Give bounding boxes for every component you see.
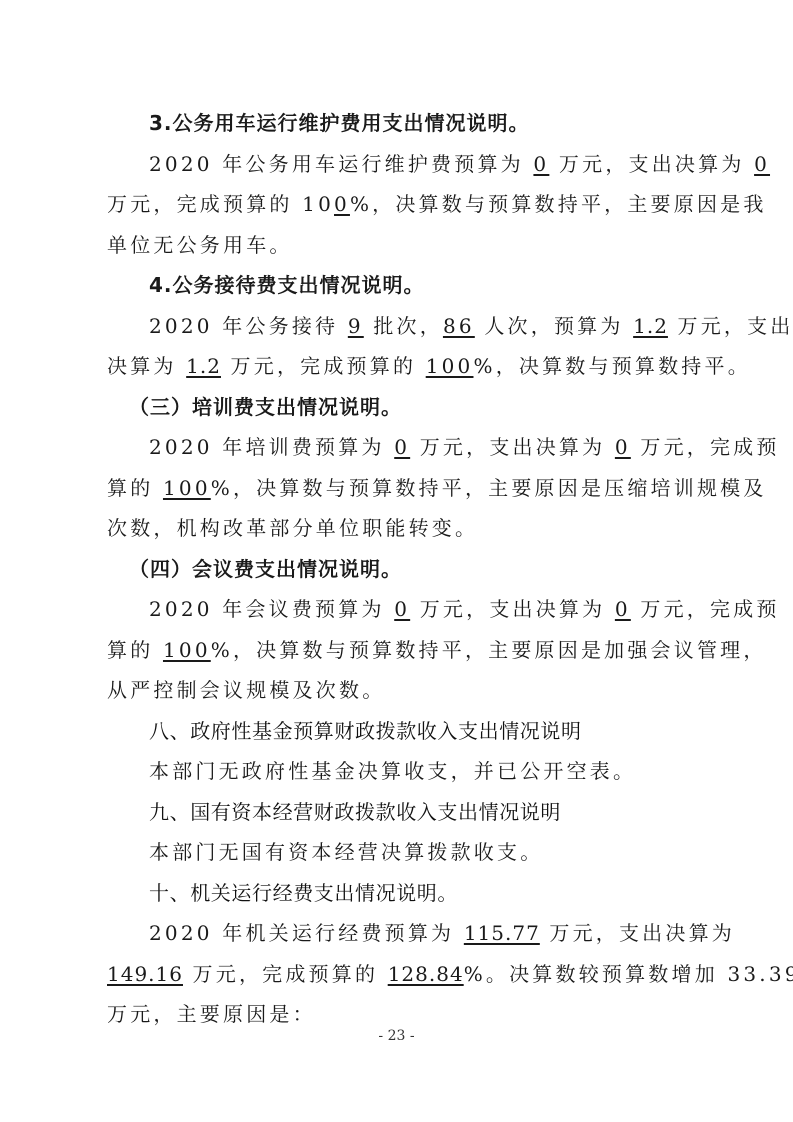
heading-government-fund: 八、政府性基金预算财政拨款收入支出情况说明 — [107, 711, 691, 752]
heading-state-capital: 九、国有资本经营财政拨款收入支出情况说明 — [107, 792, 691, 833]
value-actual: 0 — [615, 597, 631, 621]
value-budget: 0 — [394, 435, 410, 459]
value-percent: 0 — [334, 192, 350, 216]
heading-training: （三）培训费支出情况说明。 — [107, 387, 691, 428]
paragraph-line: 2020 年会议费预算为 0 万元，支出决算为 0 万元，完成预 — [107, 589, 691, 630]
value-budget: 1.2 — [633, 314, 668, 338]
paragraph-line: 本部门无国有资本经营决算拨款收支。 — [107, 832, 691, 873]
value-budget: 115.77 — [464, 921, 540, 945]
heading-meeting: （四）会议费支出情况说明。 — [107, 549, 691, 590]
paragraph-line: 决算为 1.2 万元，完成预算的 100%，决算数与预算数持平。 — [107, 346, 691, 387]
value-percent: 100 — [426, 354, 474, 378]
heading-operating-expenses: 十、机关运行经费支出情况说明。 — [107, 873, 691, 914]
value-percent: 100 — [163, 638, 211, 662]
value-budget: 0 — [394, 597, 410, 621]
heading-official-reception: 4.公务接待费支出情况说明。 — [107, 265, 691, 306]
document-page: 3.公务用车运行维护费用支出情况说明。 2020 年公务用车运行维护费预算为 0… — [107, 103, 691, 1035]
paragraph-line: 2020 年公务用车运行维护费预算为 0 万元，支出决算为 0 — [107, 144, 691, 185]
paragraph-line: 2020 年机关运行经费预算为 115.77 万元，支出决算为 — [107, 913, 691, 954]
value-persons: 86 — [443, 314, 475, 338]
value-actual: 0 — [754, 152, 770, 176]
paragraph-line: 149.16 万元，完成预算的 128.84%。决算数较预算数增加 33.39 — [107, 954, 691, 995]
paragraph-line: 2020 年公务接待 9 批次，86 人次，预算为 1.2 万元，支出 — [107, 306, 691, 347]
page-number: - 23 - — [0, 1028, 793, 1044]
paragraph-line: 算的 100%，决算数与预算数持平，主要原因是加强会议管理， — [107, 630, 691, 671]
value-batches: 9 — [348, 314, 364, 338]
paragraph-line: 2020 年培训费预算为 0 万元，支出决算为 0 万元，完成预 — [107, 427, 691, 468]
value-actual: 149.16 — [107, 962, 183, 986]
paragraph-line: 算的 100%，决算数与预算数持平，主要原因是压缩培训规模及 — [107, 468, 691, 509]
paragraph-line: 从严控制会议规模及次数。 — [107, 670, 691, 711]
value-actual: 1.2 — [186, 354, 221, 378]
value-actual: 0 — [615, 435, 631, 459]
paragraph-line: 次数，机构改革部分单位职能转变。 — [107, 508, 691, 549]
paragraph-line: 万元，完成预算的 100%，决算数与预算数持平，主要原因是我 — [107, 184, 691, 225]
value-percent: 128.84 — [388, 962, 464, 986]
value-budget: 0 — [533, 152, 549, 176]
paragraph-line: 单位无公务用车。 — [107, 225, 691, 266]
heading-vehicle-maintenance: 3.公务用车运行维护费用支出情况说明。 — [107, 103, 691, 144]
value-percent: 100 — [163, 476, 211, 500]
paragraph-line: 本部门无政府性基金决算收支，并已公开空表。 — [107, 751, 691, 792]
